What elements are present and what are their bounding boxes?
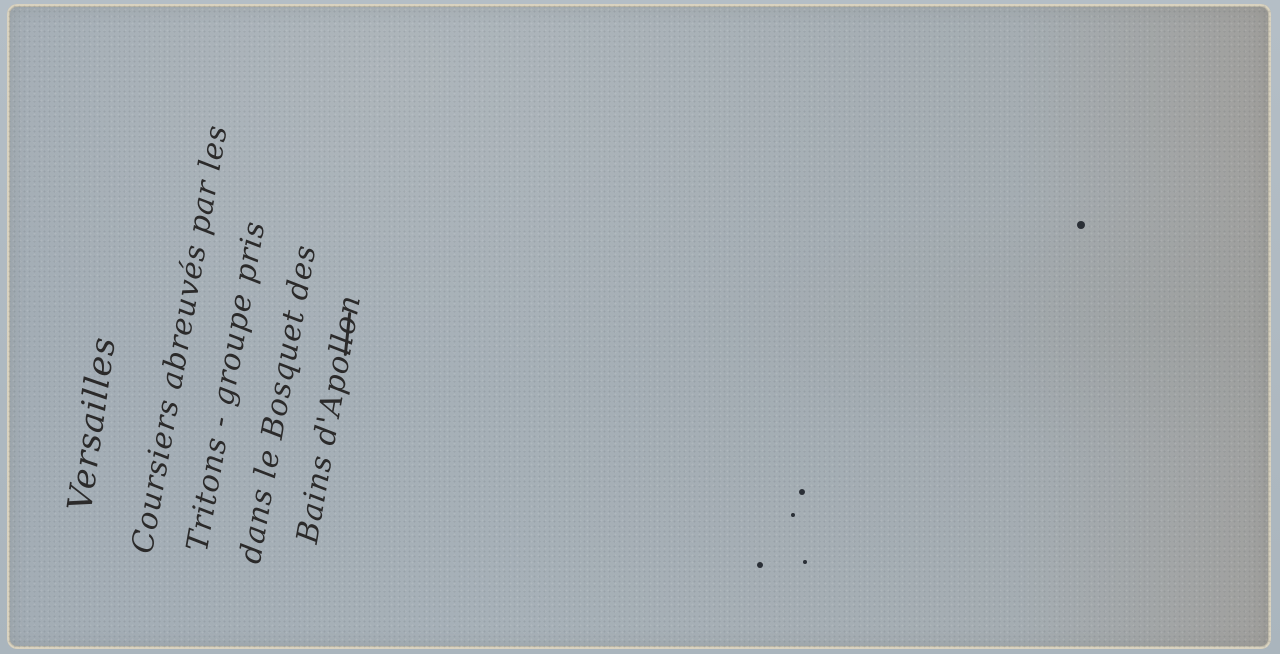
ink-spot <box>799 489 805 495</box>
ink-spot <box>1077 221 1085 229</box>
ink-spot <box>757 562 763 568</box>
ink-spot <box>803 560 807 564</box>
handwritten-inscription: Versailles Coursiers abreuvés par les Tr… <box>0 0 1280 654</box>
inscription-title: Versailles <box>60 334 124 514</box>
ink-spot <box>791 513 795 517</box>
